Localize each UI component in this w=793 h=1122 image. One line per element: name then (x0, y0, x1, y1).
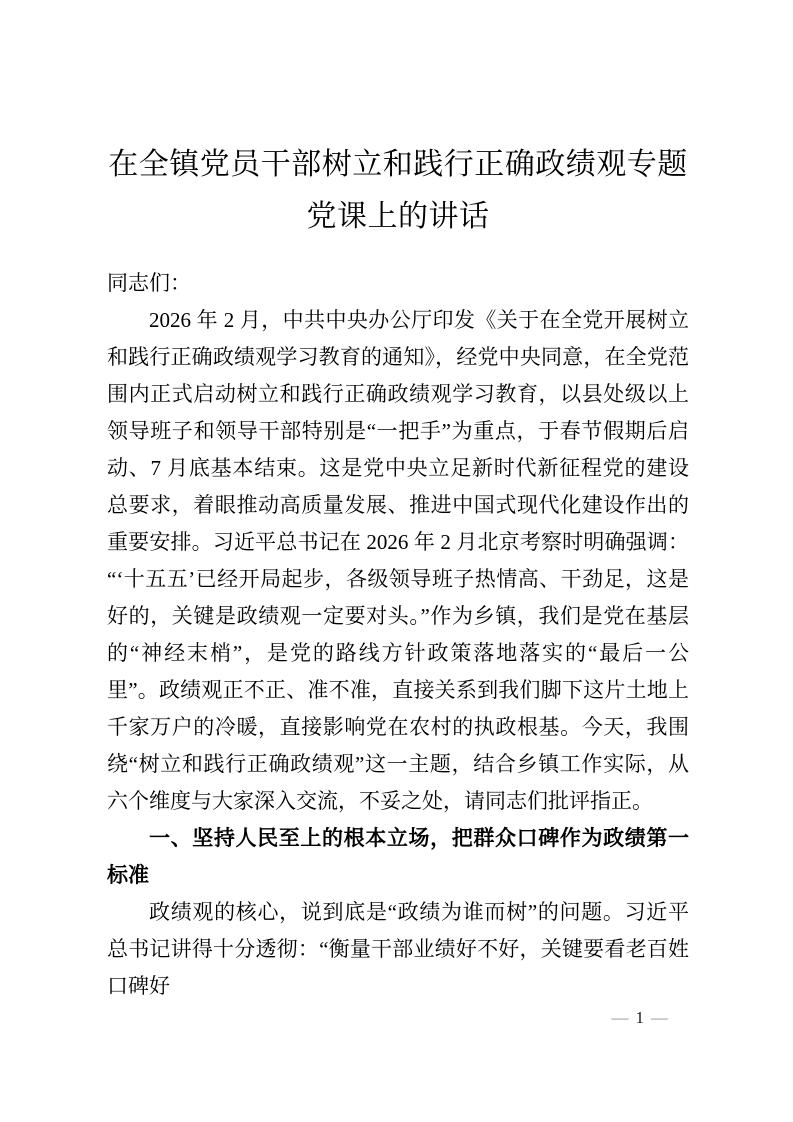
section-heading-1: 一、坚持人民至上的根本立场，把群众口碑作为政绩第一标准 (107, 820, 689, 894)
document-title: 在全镇党员干部树立和践行正确政绩观专题党课上的讲话 (107, 139, 689, 243)
salutation: 同志们： (107, 265, 689, 302)
footer-right-dash: — (644, 1008, 675, 1027)
page-footer: —1— (605, 1008, 676, 1028)
intro-paragraph: 2026 年 2 月，中共中央办公厅印发《关于在全党开展树立和践行正确政绩观学习… (107, 302, 689, 820)
section1-paragraph: 政绩观的核心，说到底是“政绩为谁而树”的问题。习近平总书记讲得十分透彻：“衡量干… (107, 894, 689, 1005)
footer-left-dash: — (605, 1008, 636, 1027)
document-body: 同志们： 2026 年 2 月，中共中央办公厅印发《关于在全党开展树立和践行正确… (107, 265, 689, 1005)
page-number: 1 (636, 1008, 645, 1027)
document-page: 在全镇党员干部树立和践行正确政绩观专题党课上的讲话 同志们： 2026 年 2 … (0, 0, 793, 1122)
